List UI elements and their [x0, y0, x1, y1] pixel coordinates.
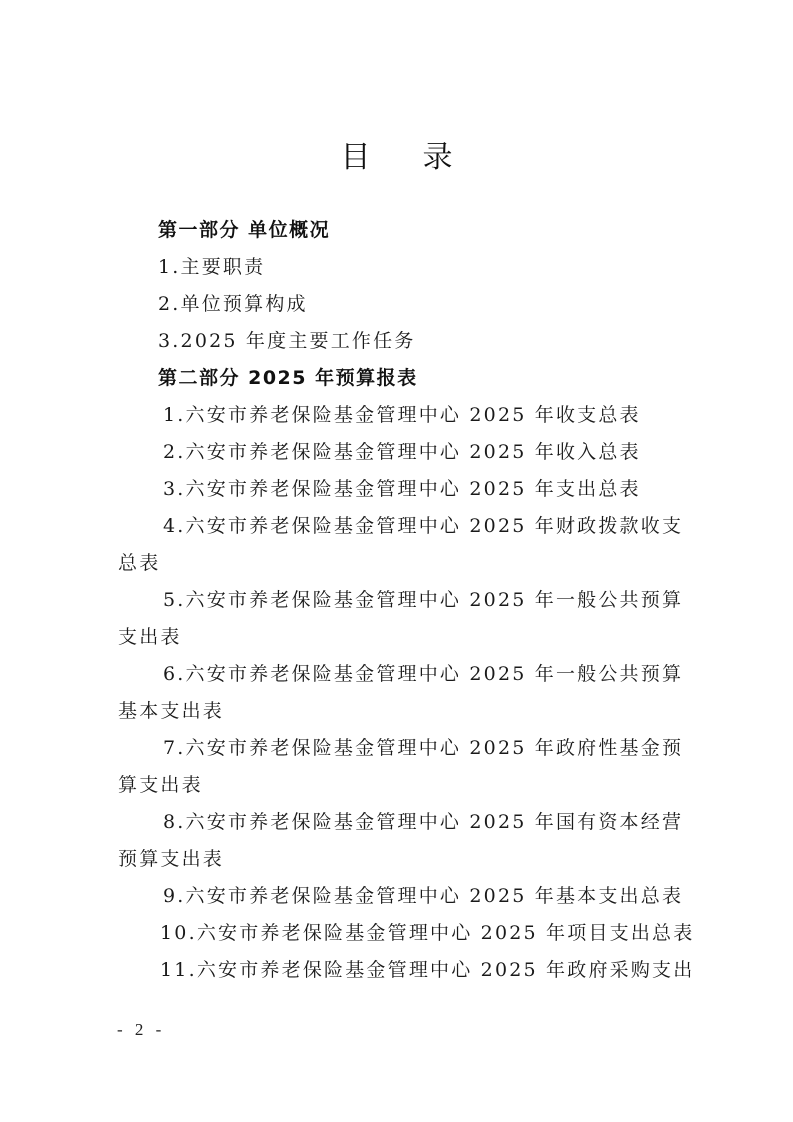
toc-item-2-5[interactable]: 5.六安市养老保险基金管理中心 2025 年一般公共预算	[163, 588, 683, 612]
toc-item-2-11[interactable]: 11.六安市养老保险基金管理中心 2025 年政府采购支出	[160, 958, 694, 982]
toc-item-2-6[interactable]: 6.六安市养老保险基金管理中心 2025 年一般公共预算	[163, 662, 683, 686]
toc-item-2-4[interactable]: 4.六安市养老保险基金管理中心 2025 年财政拨款收支	[163, 514, 683, 538]
section-heading-part-1: 第一部分 单位概况	[158, 218, 330, 242]
toc-item-1-1[interactable]: 1.主要职责	[158, 255, 265, 279]
toc-item-2-6-continuation[interactable]: 基本支出表	[118, 699, 224, 723]
toc-item-2-1[interactable]: 1.六安市养老保险基金管理中心 2025 年收支总表	[163, 403, 641, 427]
page-title: 目录	[0, 132, 793, 176]
toc-item-1-3[interactable]: 3.2025 年度主要工作任务	[158, 329, 416, 353]
toc-item-1-2[interactable]: 2.单位预算构成	[158, 292, 308, 316]
page-number: - 2 -	[117, 1020, 165, 1040]
toc-item-2-10[interactable]: 10.六安市养老保险基金管理中心 2025 年项目支出总表	[160, 921, 694, 945]
toc-item-2-8-continuation[interactable]: 预算支出表	[118, 847, 224, 871]
toc-item-2-8[interactable]: 8.六安市养老保险基金管理中心 2025 年国有资本经营	[163, 810, 683, 834]
toc-item-2-2[interactable]: 2.六安市养老保险基金管理中心 2025 年收入总表	[163, 440, 641, 464]
toc-item-2-7-continuation[interactable]: 算支出表	[118, 773, 203, 797]
toc-item-2-3[interactable]: 3.六安市养老保险基金管理中心 2025 年支出总表	[163, 477, 641, 501]
toc-item-2-4-continuation[interactable]: 总表	[118, 551, 160, 575]
section-heading-part-2: 第二部分 2025 年预算报表	[158, 366, 418, 390]
toc-item-2-9[interactable]: 9.六安市养老保险基金管理中心 2025 年基本支出总表	[163, 884, 683, 908]
toc-item-2-5-continuation[interactable]: 支出表	[118, 625, 182, 649]
toc-item-2-7[interactable]: 7.六安市养老保险基金管理中心 2025 年政府性基金预	[163, 736, 683, 760]
